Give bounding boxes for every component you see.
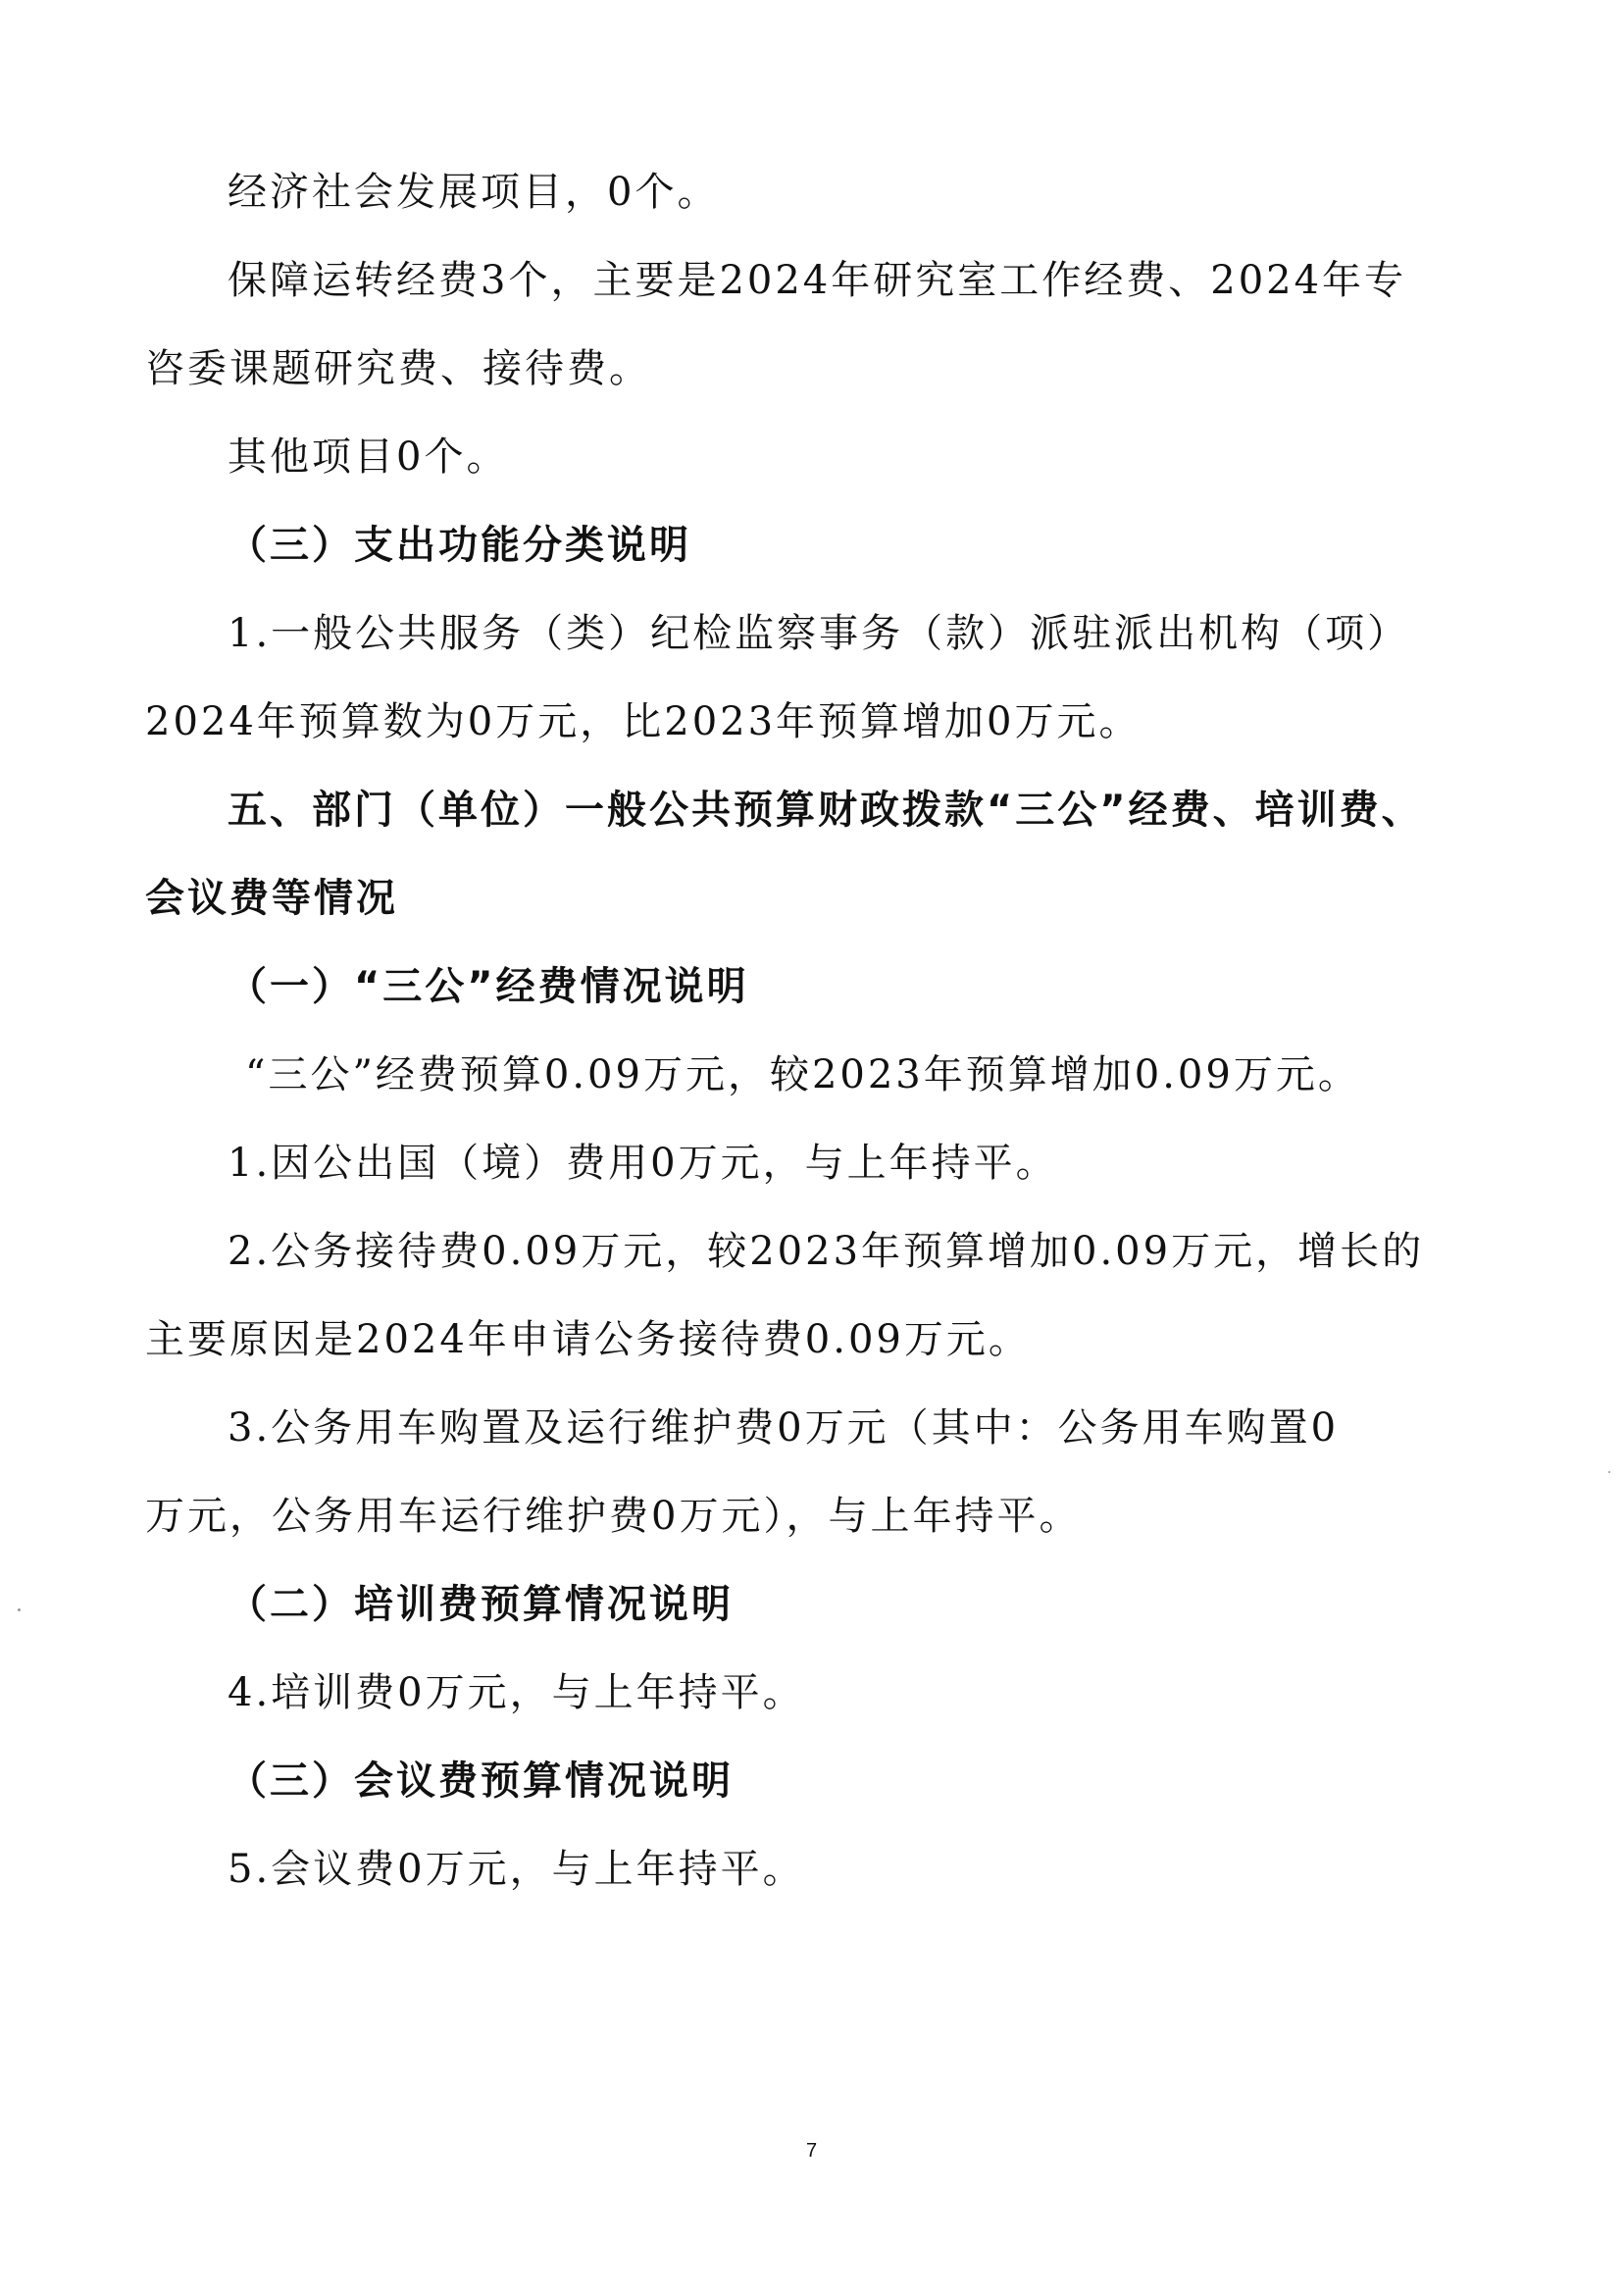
paragraph-line: “三公”经费预算0.09万元，较2023年预算增加0.09万元。 (245, 1051, 1360, 1098)
page-number: 7 (806, 2140, 817, 2163)
paragraph-line: 1.因公出国（境）费用0万元，与上年持平。 (228, 1140, 1058, 1187)
paragraph-line: 万元，公务用车运行维护费0万元），与上年持平。 (145, 1493, 1081, 1540)
paragraph-line: 4.培训费0万元，与上年持平。 (228, 1669, 805, 1716)
paragraph-line: 其他项目0个。 (228, 433, 508, 481)
paragraph-line: 保障运转经费3个，主要是2024年研究室工作经费、2024年专 (228, 257, 1406, 304)
paragraph-line: 2.公务接待费0.09万元，较2023年预算增加0.09万元，增长的 (228, 1228, 1424, 1275)
paragraph-line: 咨委课题研究费、接待费。 (145, 345, 651, 392)
section-heading: 会议费等情况 (145, 875, 398, 922)
paragraph-line: 主要原因是2024年申请公务接待费0.09万元。 (145, 1316, 1031, 1363)
paragraph-line: 1.一般公共服务（类）纪检监察事务（款）派驻派出机构（项） (228, 610, 1409, 657)
section-subheading: （一）“三公”经费情况说明 (228, 963, 749, 1010)
paragraph-line: 经济社会发展项目，0个。 (228, 169, 719, 216)
scan-speck (18, 1608, 21, 1611)
section-subheading: （三）支出功能分类说明 (228, 522, 691, 569)
section-subheading: （二）培训费预算情况说明 (228, 1581, 734, 1628)
paragraph-line: 2024年预算数为0万元，比2023年预算增加0万元。 (145, 698, 1142, 745)
section-subheading: （三）会议费预算情况说明 (228, 1758, 734, 1805)
document-page: 经济社会发展项目，0个。 保障运转经费3个，主要是2024年研究室工作经费、20… (0, 0, 1624, 2293)
scan-speck (1608, 1471, 1610, 1473)
paragraph-line: 5.会议费0万元，与上年持平。 (228, 1846, 805, 1893)
section-heading: 五、部门（单位）一般公共预算财政拨款“三公”经费、培训费、 (228, 787, 1424, 834)
paragraph-line: 3.公务用车购置及运行维护费0万元（其中：公务用车购置0 (228, 1404, 1339, 1452)
